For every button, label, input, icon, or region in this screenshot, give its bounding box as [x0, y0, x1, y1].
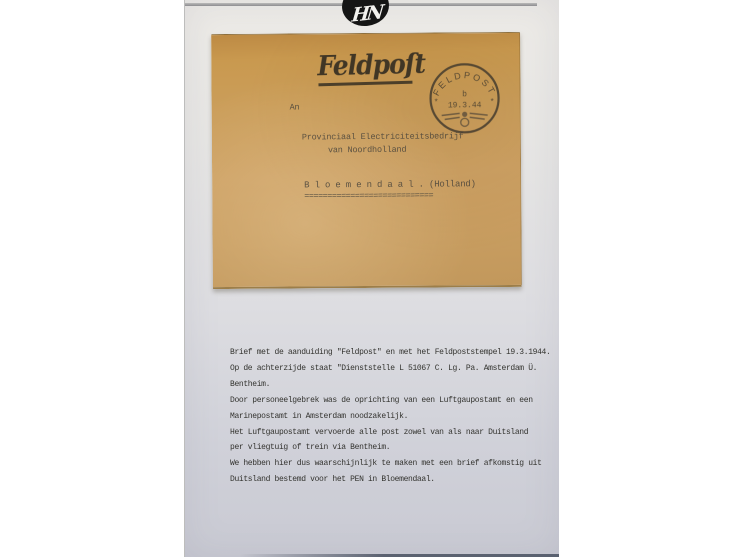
monogram-logo-letters: HN [350, 0, 382, 27]
caption-line: Het Luftgaupostamt vervoerde alle post z… [230, 425, 556, 441]
postmark-index-letter: b [462, 90, 467, 99]
address-recipient-line2: van Noordholland [328, 145, 406, 156]
caption-line: Door personeelgebrek was de oprichting v… [230, 393, 556, 409]
feldpost-envelope: Feldpoſt FELDPOST * * b 19.3.44 An [211, 32, 522, 289]
monogram-logo-icon: HN [340, 0, 391, 28]
caption-line: per vliegtuig of trein via Bentheim. [230, 440, 556, 456]
caption-line: Marinepostamt in Amsterdam noodzakelijk. [230, 409, 556, 425]
address-city-line: B l o e m e n d a a l . (Holland) [304, 179, 476, 190]
postmark-date: 19.3.44 [448, 101, 482, 110]
caption-line: Bentheim. [230, 377, 556, 393]
address-city-underline: ============================ [304, 191, 433, 202]
caption-block: Brief met de aanduiding "Feldpost" en me… [230, 345, 556, 488]
eagle-emblem-icon [442, 112, 488, 127]
album-photo-canvas: { "photo": { "logo": { "monogram": "HN" … [0, 0, 740, 557]
caption-line: We hebben hier dus waarschijnlijk te mak… [230, 456, 556, 472]
caption-line: Op de achterzijde staat "Dienststelle L … [230, 361, 556, 377]
feldpost-postmark: FELDPOST * * b 19.3.44 [425, 59, 504, 138]
postmark-right-star-icon: * [491, 97, 494, 106]
album-page-photo: HN Feldpoſt FELDPOST * * b 19.3.44 [184, 0, 559, 557]
caption-line: Brief met de aanduiding "Feldpost" en me… [230, 345, 556, 361]
address-recipient-line1: Provinciaal Electriciteitsbedrijf [302, 131, 464, 142]
feldpost-cachet-underline [318, 81, 412, 87]
caption-line: Duitsland bestemd voor het PEN in Bloeme… [230, 472, 556, 488]
address-salutation: An [290, 102, 300, 112]
postmark-left-star-icon: * [435, 98, 438, 107]
feldpost-cachet-text: Feldpoſt [317, 47, 438, 81]
